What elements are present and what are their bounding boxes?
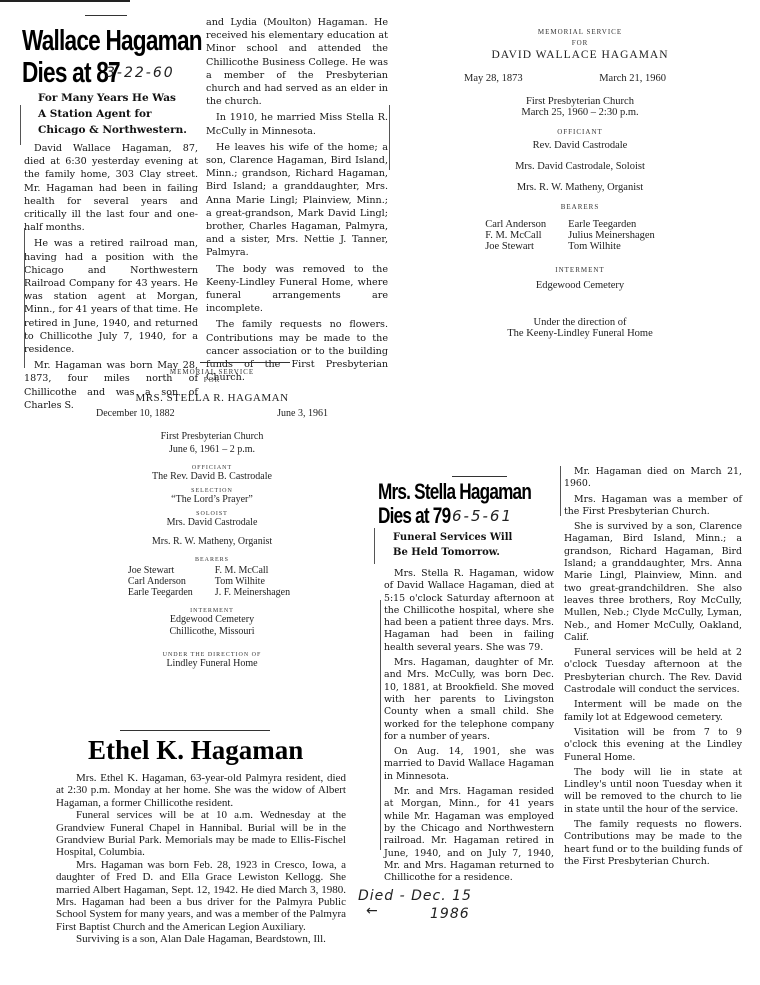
stella-article-col2: Mr. Hagaman died on March 21, 1960. Mrs.… (564, 466, 742, 871)
paragraph: He was a retired railroad man, having ha… (24, 237, 198, 356)
column-rule (380, 600, 381, 850)
paragraph: The body was removed to the Keeny-Lindle… (206, 263, 388, 316)
paragraph: Mrs. Hagaman was born Feb. 28, 1923 in C… (56, 859, 346, 933)
paragraph: In 1910, he married Miss Stella R. McCul… (206, 111, 388, 137)
birth-date: May 28, 1873 (464, 73, 523, 84)
subhead-line: Chicago & Northwestern. (38, 122, 218, 138)
paragraph: Mrs. Hagaman was a member of the First P… (564, 494, 742, 519)
paragraph: The body will lie in state at Lindley's … (564, 767, 742, 816)
death-date: June 3, 1961 (277, 408, 328, 419)
wallace-subhead: For Many Years He Was A Station Agent fo… (38, 90, 218, 138)
subhead-line: A Station Agent for (38, 106, 218, 122)
service-church: First Presbyterian Church (92, 431, 332, 442)
ethel-headline: Ethel K. Hagaman (88, 735, 303, 765)
bearers-label: Bearers (92, 557, 332, 563)
bearer: Carl Anderson (128, 576, 193, 587)
wallace-headline-1: Wallace Hagaman (22, 26, 202, 56)
officiant: The Rev. David B. Castrodale (92, 471, 332, 482)
bearers-right: Earle Teegarden Julius Meinershagen Tom … (568, 219, 655, 252)
service-time: June 6, 1961 – 2 p.m. (92, 444, 332, 455)
subhead-line: Be Held Tomorrow. (393, 545, 553, 560)
bearers-left: Joe Stewart Carl Anderson Earle Teegarde… (128, 565, 193, 598)
paragraph: Interment will be made on the family lot… (564, 699, 742, 724)
stella-handwritten-date: 6-5-61 (452, 507, 513, 525)
paragraph: Mr. and Mrs. Hagaman resided at Morgan, … (384, 786, 554, 884)
bearers-left: Carl Anderson F. M. McCall Joe Stewart (485, 219, 546, 252)
soloist: Mrs. David Castrodale, Soloist (450, 161, 710, 172)
bearer: J. F. Meinershagen (215, 587, 290, 598)
death-date: March 21, 1960 (599, 73, 666, 84)
divider (200, 362, 290, 363)
paragraph: On Aug. 14, 1901, she was married to Dav… (384, 746, 554, 783)
bearers-right: F. M. McCall Tom Wilhite J. F. Meinersha… (215, 565, 290, 598)
paragraph: Funeral services will be held at 2 o'clo… (564, 647, 742, 696)
soloist: Mrs. David Castrodale (92, 517, 332, 528)
bearers-list: Joe Stewart Carl Anderson Earle Teegarde… (86, 565, 332, 598)
paragraph: Funeral services will be at 10 a.m. Wedn… (56, 809, 346, 859)
ethel-article: Mrs. Ethel K. Hagaman, 63-year-old Palmy… (56, 772, 346, 946)
life-dates: May 28, 1873 March 21, 1960 (450, 73, 710, 84)
interment-label: Interment (450, 266, 710, 274)
paragraph: He leaves his wife of the home; a son, C… (206, 141, 388, 260)
stella-headline-2: Dies at 79 (378, 504, 450, 528)
interment: Edgewood Cemetery (450, 280, 710, 291)
memorial-name: MRS. STELLA R. HAGAMAN (92, 392, 332, 404)
bearer: Earle Teegarden (568, 219, 655, 230)
column-rule (560, 466, 561, 516)
bearer: Earle Teegarden (128, 587, 193, 598)
bearers-list: Carl Anderson F. M. McCall Joe Stewart E… (430, 219, 710, 252)
divider (85, 15, 127, 16)
memorial-name: DAVID WALLACE HAGAMAN (450, 49, 710, 61)
stella-subhead: Funeral Services Will Be Held Tomorrow. (393, 530, 553, 560)
bearers-label: Bearers (450, 203, 710, 211)
wallace-article-col2: and Lydia (Moulton) Hagaman. He received… (206, 16, 388, 387)
bearer: Tom Wilhite (215, 576, 290, 587)
bearer: F. M. McCall (485, 230, 546, 241)
column-rule (374, 528, 375, 564)
memorial-for: For (92, 376, 332, 384)
subhead-line: Funeral Services Will (393, 530, 553, 545)
stella-article-col1: Mrs. Stella R. Hagaman, widow of David W… (384, 568, 554, 887)
paragraph: and Lydia (Moulton) Hagaman. He received… (206, 16, 388, 108)
paragraph: Visitation will be from 7 to 9 o'clock t… (564, 727, 742, 764)
paragraph: Mrs. Stella R. Hagaman, widow of David W… (384, 568, 554, 654)
column-rule (24, 228, 25, 368)
officiant-label: Officiant (450, 128, 710, 136)
paragraph: She is survived by a son, Clarence Hagam… (564, 521, 742, 644)
selection: “The Lord’s Prayer” (92, 494, 332, 505)
memorial-heading: Memorial Service (450, 28, 710, 36)
bearer: F. M. McCall (215, 565, 290, 576)
service-time: March 25, 1960 – 2:30 p.m. (450, 107, 710, 118)
column-rule (20, 105, 21, 145)
handwritten-death-note: Died - Dec. 15 (358, 888, 472, 904)
bearer: Joe Stewart (485, 241, 546, 252)
paragraph: David Wallace Hagaman, 87, died at 6:30 … (24, 142, 198, 234)
divider (452, 476, 507, 477)
organist: Mrs. R. W. Matheny, Organist (92, 536, 332, 547)
interment-1: Edgewood Cemetery (92, 614, 332, 626)
direction-line-2: The Keeny-Lindley Funeral Home (450, 328, 710, 340)
memorial-for: For (450, 39, 710, 47)
stella-headline-1: Mrs. Stella Hagaman (378, 480, 531, 504)
birth-date: December 10, 1882 (96, 408, 175, 419)
handwritten-death-year: 1986 (430, 906, 470, 922)
organist: Mrs. R. W. Matheny, Organist (450, 182, 710, 193)
direction-line-1: Under the direction of (450, 317, 710, 328)
direction: Lindley Funeral Home (92, 658, 332, 669)
paragraph: Surviving is a son, Alan Dale Hagaman, B… (56, 933, 346, 945)
officiant: Rev. David Castrodale (450, 140, 710, 151)
paragraph: Mr. Hagaman died on March 21, 1960. (564, 466, 742, 491)
column-rule (389, 105, 390, 170)
wallace-handwritten-date: 3-22-60 (106, 65, 175, 81)
paragraph: The family requests no flowers. Contribu… (564, 819, 742, 868)
stella-memorial-card: Memorial Service For MRS. STELLA R. HAGA… (92, 368, 332, 669)
service-church: First Presbyterian Church (450, 96, 710, 107)
memorial-heading: Memorial Service (92, 368, 332, 376)
bearer: Julius Meinershagen (568, 230, 655, 241)
paragraph: Mrs. Hagaman, daughter of Mr. and Mrs. M… (384, 657, 554, 743)
interment-2: Chillicothe, Missouri (92, 626, 332, 638)
divider (120, 730, 270, 731)
paragraph: Mrs. Ethel K. Hagaman, 63-year-old Palmy… (56, 772, 346, 809)
bearer: Joe Stewart (128, 565, 193, 576)
life-dates: December 10, 1882 June 3, 1961 (92, 408, 332, 419)
subhead-line: For Many Years He Was (38, 90, 218, 106)
bearer: Carl Anderson (485, 219, 546, 230)
clipping-edge (0, 0, 130, 2)
handwritten-arrow-icon: ← (366, 903, 380, 919)
david-memorial-card: Memorial Service For DAVID WALLACE HAGAM… (450, 28, 710, 340)
bearer: Tom Wilhite (568, 241, 655, 252)
